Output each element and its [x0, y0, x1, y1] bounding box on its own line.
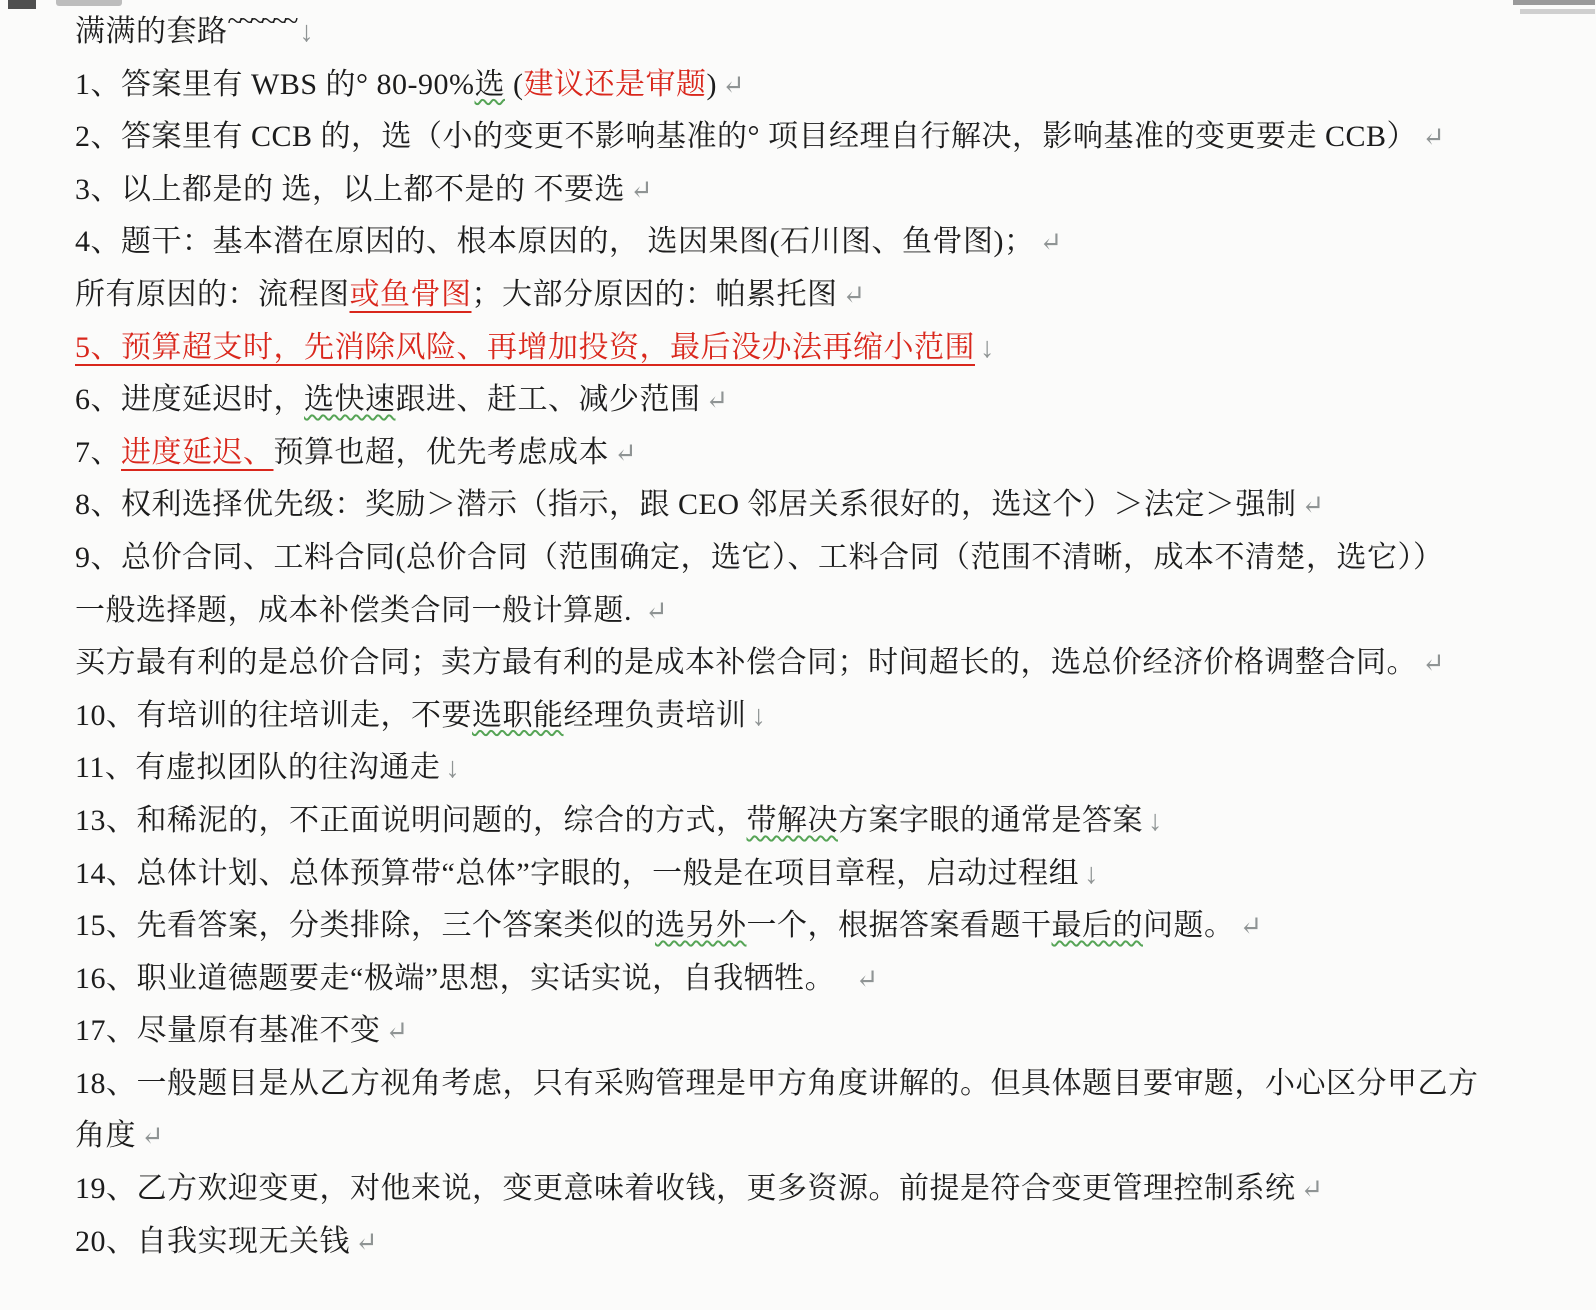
text-segment: 问题。 [1143, 909, 1235, 942]
text-line: 5、预算超支时，先消除风险、再增加投资，最后没办法再缩小范围↓ [75, 322, 1555, 375]
paragraph-mark: ↵ [1240, 911, 1263, 941]
text-segment: 经理负责培训 [564, 699, 747, 732]
line-break-mark: ↓ [1084, 858, 1099, 890]
text-segment: 15、先看答案，分类排除，三个答案类似的 [75, 909, 655, 942]
text-segment: 所有原因的：流程图 [75, 278, 350, 311]
tilde-squiggle: ~~~~~~ [228, 6, 295, 37]
text-segment: 3、以上都是的 选，以上都不是的 不要选 [75, 173, 625, 206]
text-line: 2、答案里有 CCB 的，选（小的变更不影响基准的° 项目经理自行解决，影响基准… [75, 111, 1555, 164]
text-line: 1、答案里有 WBS 的° 80-90%选 (建议还是审题)↵ [75, 59, 1555, 112]
text-line: 所有原因的：流程图或鱼骨图；大部分原因的：帕累托图↵ [75, 269, 1555, 322]
text-segment: 9、总价合同、工料合同(总价合同（范围确定，选它）、工料合同（范围不清晰，成本不… [75, 541, 1444, 574]
document-body: 满满的套路~~~~~~↓1、答案里有 WBS 的° 80-90%选 (建议还是审… [75, 6, 1555, 1268]
text-segment: 带解决 [747, 804, 839, 837]
text-segment: 10、有培训的往培训走，不要 [75, 699, 472, 732]
text-segment: 8、权利选择优先级：奖励＞潜示（指示，跟 CEO 邻居关系很好的，选这个）＞法定… [75, 488, 1297, 521]
text-line: 4、题干：基本潜在原因的、根本原因的， 选因果图(石川图、鱼骨图)；↵ [75, 216, 1555, 269]
text-segment: 选另外 [655, 909, 747, 942]
text-segment: 18、一般题目是从乙方视角考虑，只有采购管理是甲方角度讲解的。但具体题目要审题，… [75, 1067, 1479, 1100]
text-segment: 14、总体计划、总体预算带“总体”字眼的，一般是在项目章程，启动过程组 [75, 857, 1079, 890]
paragraph-mark: ↵ [706, 385, 729, 415]
text-segment: 4、题干：基本潜在原因的、根本原因的， 选因果图(石川图、鱼骨图)； [75, 225, 1034, 258]
text-segment: 选职能 [472, 699, 564, 732]
paragraph-mark: ↵ [355, 1227, 378, 1257]
text-segment: 13、和稀泥的，不正面说明问题的，综合的方式， [75, 804, 747, 837]
paragraph-mark: ↵ [1302, 490, 1325, 520]
text-segment: 20、自我实现无关钱 [75, 1225, 350, 1258]
text-line: 3、以上都是的 选，以上都不是的 不要选↵ [75, 164, 1555, 217]
line-break-mark: ↓ [445, 752, 460, 784]
paragraph-mark: ↵ [386, 1016, 409, 1046]
text-segment: 或鱼骨图 [350, 278, 472, 311]
text-line: 15、先看答案，分类排除，三个答案类似的选另外一个，根据答案看题干最后的问题。↵ [75, 900, 1555, 953]
ui-fragment-top-right-dark [1513, 0, 1595, 5]
text-segment: 选 [475, 68, 506, 101]
text-line: 角度↵ [75, 1110, 1555, 1163]
text-line: 8、权利选择优先级：奖励＞潜示（指示，跟 CEO 邻居关系很好的，选这个）＞法定… [75, 479, 1555, 532]
text-line: 一般选择题，成本补偿类合同一般计算题. ↵ [75, 585, 1555, 638]
text-line: 19、乙方欢迎变更，对他来说，变更意味着收钱，更多资源。前提是符合变更管理控制系… [75, 1163, 1555, 1216]
line-break-mark: ↓ [299, 16, 314, 48]
text-segment: ) [707, 68, 718, 101]
paragraph-mark: ↵ [1422, 648, 1445, 678]
text-segment: 一个，根据答案看题干 [747, 909, 1052, 942]
text-line: 10、有培训的往培训走，不要选职能经理负责培训↓ [75, 690, 1555, 743]
text-segment: 16、职业道德题要走“极端”思想，实话实说，自我牺牲。 [75, 962, 851, 995]
text-line: 满满的套路~~~~~~↓ [75, 6, 1555, 59]
text-segment: 买方最有利的是总价合同；卖方最有利的是成本补偿合同；时间超长的，选总价经济价格调… [75, 646, 1417, 679]
text-line: 7、进度延迟、预算也超，优先考虑成本↵ [75, 427, 1555, 480]
paragraph-mark: ↵ [614, 438, 637, 468]
text-segment: 满满的套路 [75, 15, 228, 48]
text-segment: 6、进度延迟时， [75, 383, 304, 416]
text-segment: 一般选择题，成本补偿类合同一般计算题. [75, 594, 640, 627]
text-segment: 方案字眼的通常是答案 [838, 804, 1143, 837]
paragraph-mark: ↵ [843, 280, 866, 310]
text-segment: 角度 [75, 1119, 136, 1152]
text-line: 17、尽量原有基准不变↵ [75, 1005, 1555, 1058]
text-segment: 跟进、赶工、减少范围 [396, 383, 701, 416]
text-line: 13、和稀泥的，不正面说明问题的，综合的方式，带解决方案字眼的通常是答案↓ [75, 795, 1555, 848]
paragraph-mark: ↵ [1039, 227, 1062, 257]
text-segment: 7、 [75, 436, 121, 469]
text-line: 11、有虚拟团队的往沟通走↓ [75, 742, 1555, 795]
text-segment: 11、有虚拟团队的往沟通走 [75, 751, 440, 784]
paragraph-mark: ↵ [645, 596, 668, 626]
text-segment: 进度延迟、 [121, 436, 274, 469]
paragraph-mark: ↵ [856, 964, 879, 994]
text-line: 16、职业道德题要走“极端”思想，实话实说，自我牺牲。 ↵ [75, 953, 1555, 1006]
text-line: 18、一般题目是从乙方视角考虑，只有采购管理是甲方角度讲解的。但具体题目要审题，… [75, 1058, 1555, 1111]
text-line: 9、总价合同、工料合同(总价合同（范围确定，选它）、工料合同（范围不清晰，成本不… [75, 532, 1555, 585]
text-segment: 5、预算超支时，先消除风险、再增加投资，最后没办法再缩小范围 [75, 331, 975, 364]
text-line: 14、总体计划、总体预算带“总体”字眼的，一般是在项目章程，启动过程组↓ [75, 848, 1555, 901]
text-segment: ( [505, 68, 524, 101]
text-segment: 预算也超，优先考虑成本 [274, 436, 610, 469]
text-segment: 选快速 [304, 383, 396, 416]
paragraph-mark: ↵ [1301, 1174, 1324, 1204]
text-segment: 2、答案里有 CCB 的，选（小的变更不影响基准的° 项目经理自行解决，影响基准… [75, 120, 1417, 153]
text-line: 买方最有利的是总价合同；卖方最有利的是成本补偿合同；时间超长的，选总价经济价格调… [75, 637, 1555, 690]
text-segment: 最后的 [1052, 909, 1144, 942]
text-segment: 19、乙方欢迎变更，对他来说，变更意味着收钱，更多资源。前提是符合变更管理控制系… [75, 1172, 1296, 1205]
text-segment: 建议还是审题 [524, 68, 707, 101]
text-segment: 17、尽量原有基准不变 [75, 1014, 381, 1047]
line-break-mark: ↓ [980, 332, 995, 364]
line-break-mark: ↓ [752, 700, 767, 732]
text-line: 6、进度延迟时，选快速跟进、赶工、减少范围↵ [75, 374, 1555, 427]
paragraph-mark: ↵ [1422, 122, 1445, 152]
paragraph-mark: ↵ [722, 70, 745, 100]
paragraph-mark: ↵ [630, 175, 653, 205]
ui-fragment-top-left-dark [8, 0, 36, 9]
text-segment: ；大部分原因的：帕累托图 [472, 278, 838, 311]
text-line: 20、自我实现无关钱↵ [75, 1216, 1555, 1269]
line-break-mark: ↓ [1148, 805, 1163, 837]
paragraph-mark: ↵ [141, 1121, 164, 1151]
text-segment: 1、答案里有 WBS 的° 80-90% [75, 68, 475, 101]
